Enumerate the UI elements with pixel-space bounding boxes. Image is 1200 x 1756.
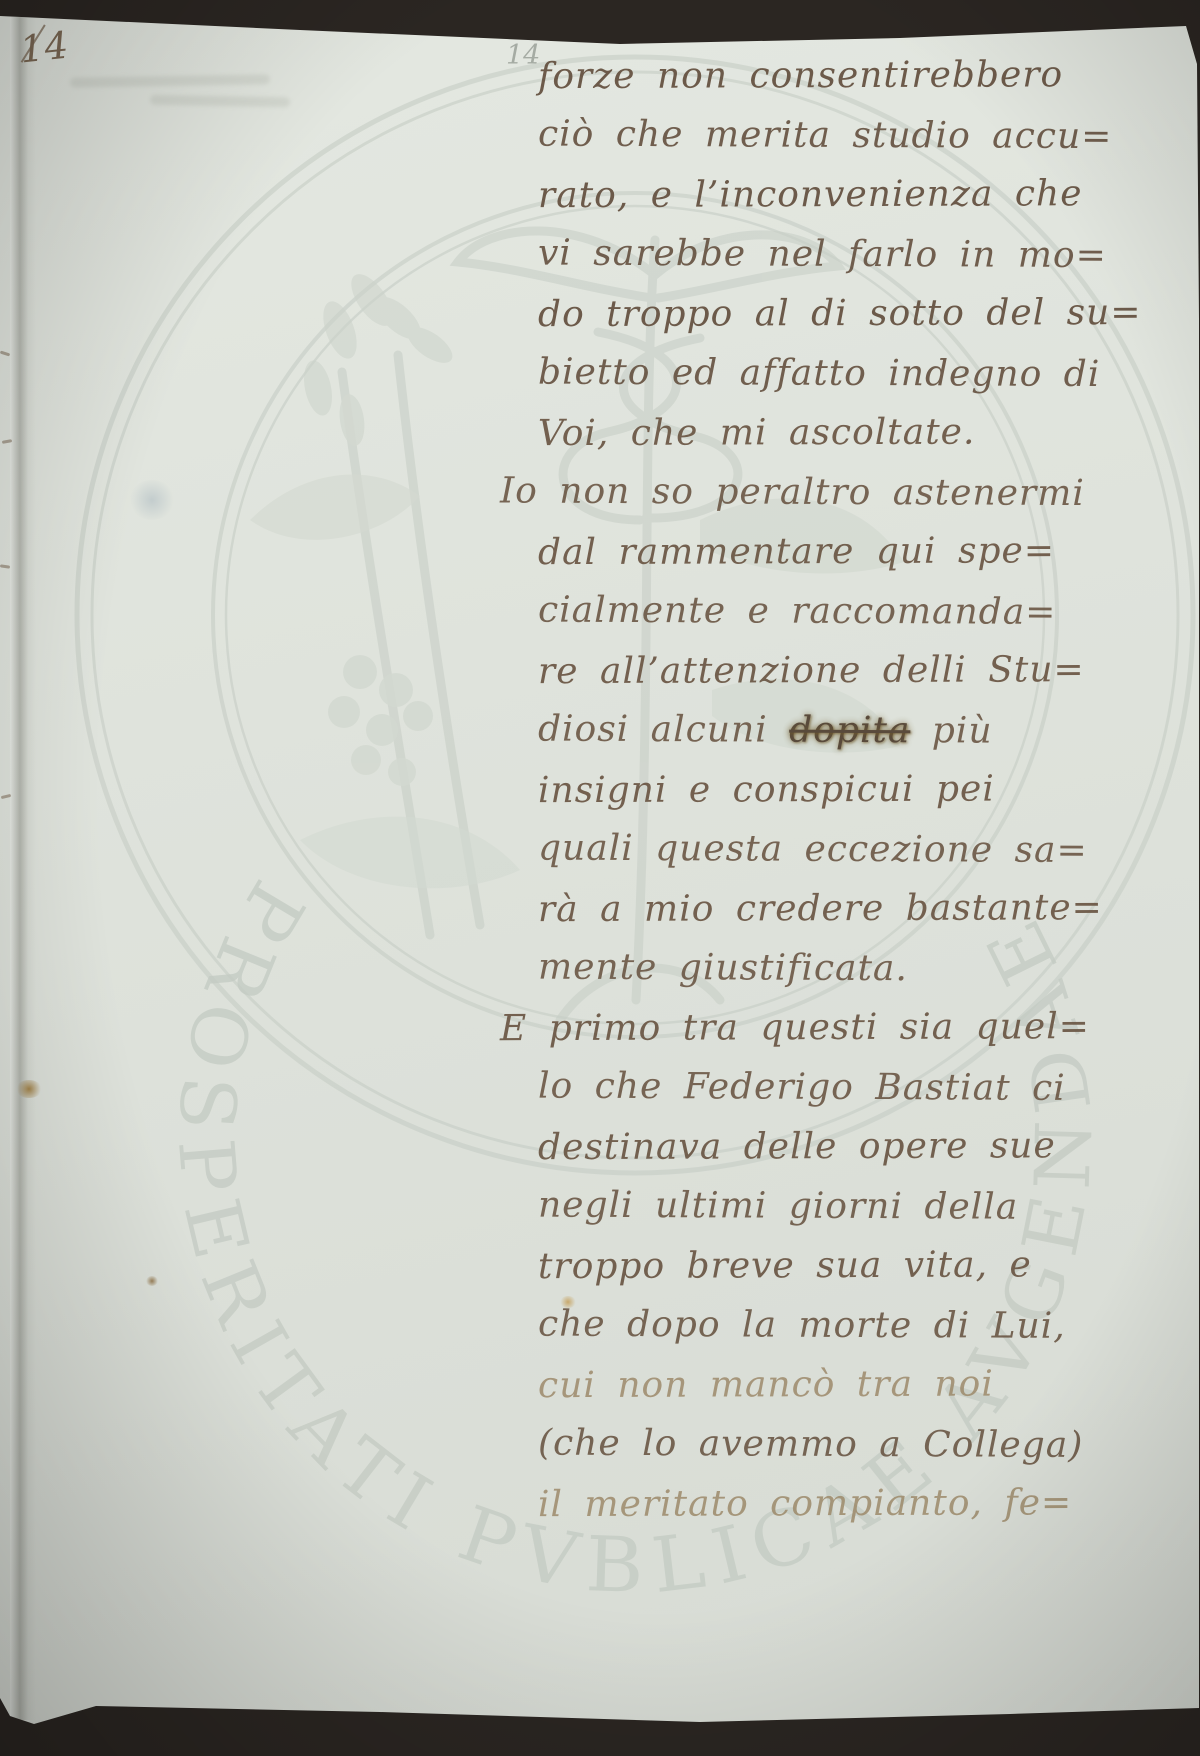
amber-stain (16, 1080, 42, 1098)
manuscript-line: forze non consentirebbero (538, 47, 1190, 109)
manuscript-line-paragraph-start: Io non so peraltro astenermi (500, 463, 1190, 526)
manuscript-line: troppo breve sua vita, e (538, 1237, 1190, 1299)
manuscript-line: cialmente e raccomanda= (538, 582, 1190, 644)
leaf-left-lower (300, 817, 520, 889)
wheat-stalk-2 (398, 355, 480, 925)
manuscript-line: rato, e l’inconvenienza che (538, 166, 1190, 228)
line-text-before-strike: diosi alcuni (538, 708, 789, 750)
wheat-stalk-1 (342, 372, 430, 935)
manuscript-line-faded: cui non mancò tra noi (538, 1356, 1190, 1418)
page-number-handwritten: 14 (18, 24, 71, 72)
manuscript-line: rà a mio credere bastante= (538, 880, 1190, 942)
handwritten-text-block: forze non consentirebbero ciò che merita… (500, 48, 1190, 1536)
manuscript-line-faded: il meritato compianto, fe= (538, 1475, 1190, 1537)
leaf-left-upper (250, 474, 420, 539)
manuscript-line: Voi, che mi ascoltate. (538, 404, 1190, 466)
manuscript-line: che dopo la morte di Lui, (538, 1296, 1190, 1358)
manuscript-line: (che lo avemmo a Collega) (538, 1415, 1190, 1477)
scanned-manuscript-photo: PROSPERITATI PVBLICAE AVGENDAE (0, 0, 1200, 1756)
manuscript-line: bietto ed affatto indegno di (538, 344, 1190, 406)
manuscript-line: mente giustificata. (538, 939, 1190, 1001)
manuscript-line: ciò che merita studio accu= (538, 106, 1190, 168)
page-fold-crease (10, 10, 36, 1720)
small-brown-stain (146, 1276, 158, 1286)
struck-out-word: dopita (789, 709, 910, 751)
manuscript-line: lo che Federigo Bastiat ci (538, 1058, 1190, 1120)
manuscript-line-paragraph-start: E primo tra questi sia quel= (500, 999, 1190, 1061)
grape-cluster (328, 655, 433, 786)
manuscript-line: destinava delle opere sue (538, 1118, 1190, 1180)
manuscript-line: dal rammentare qui spe= (538, 523, 1190, 585)
manuscript-line: re all’attenzione delli Stu= (538, 642, 1190, 704)
manuscript-line-with-strikethrough: diosi alcuni dopita più (538, 701, 1190, 763)
bleedthrough-mark (0, 351, 10, 357)
manuscript-line: quali questa eccezione sa= (538, 820, 1190, 882)
manuscript-line: negli ultimi giorni della (538, 1177, 1190, 1239)
manuscript-line: insigni e conspicui pei (538, 761, 1190, 823)
manuscript-page: PROSPERITATI PVBLICAE AVGENDAE (0, 0, 1200, 1756)
line-text-after-strike: più (910, 710, 992, 751)
wheat-grains (299, 267, 458, 447)
manuscript-line: vi sarebbe nel farlo in mo= (538, 225, 1190, 287)
ink-smudge-stain (128, 480, 176, 520)
bleedthrough-streak (150, 95, 290, 107)
bleedthrough-streak (70, 74, 270, 87)
bleedthrough-mark (0, 564, 10, 568)
manuscript-line: do troppo al di sotto del su= (538, 285, 1190, 347)
